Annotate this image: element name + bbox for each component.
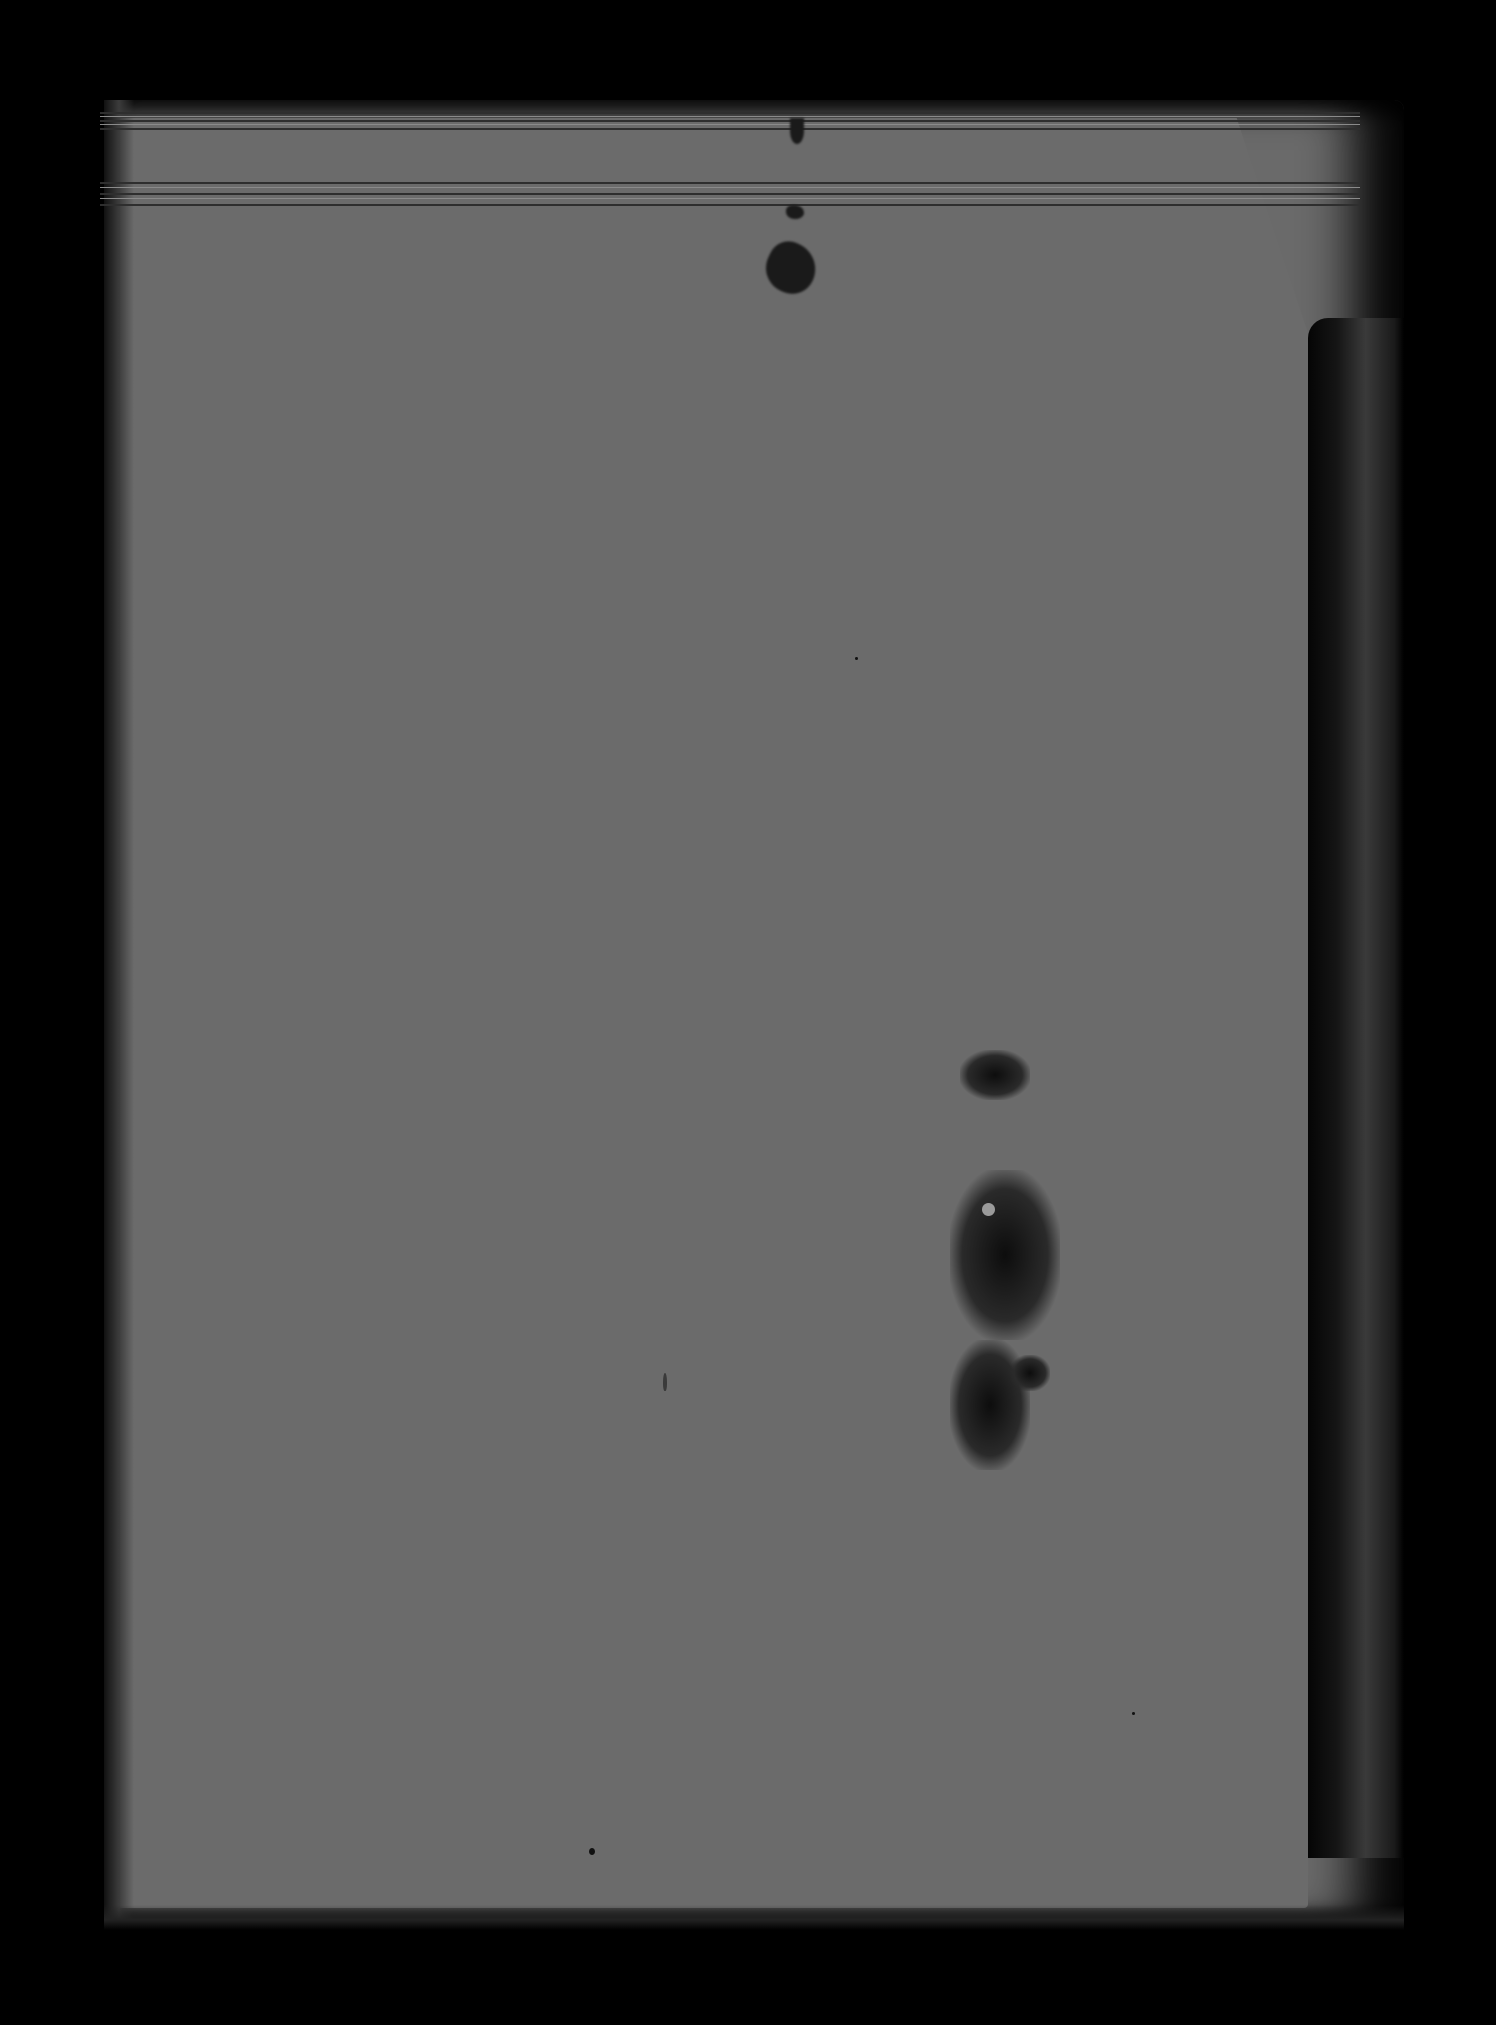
scan-line <box>100 120 1360 122</box>
ink-blot <box>790 118 804 144</box>
scan-line <box>100 187 1360 188</box>
scan-line <box>100 124 1360 125</box>
speck <box>1132 1712 1135 1715</box>
stain <box>950 1170 1060 1340</box>
scan-line <box>100 128 1360 130</box>
ink-blot <box>786 205 804 219</box>
stain <box>960 1050 1030 1100</box>
scan-line <box>100 112 1360 114</box>
scan-line <box>100 204 1360 206</box>
scan-line <box>100 198 1360 199</box>
stain <box>1010 1355 1050 1391</box>
scan-line <box>100 182 1360 184</box>
paper-right-edge-shadow <box>1308 318 1404 1858</box>
speck <box>663 1373 667 1391</box>
speck <box>589 1848 595 1855</box>
scan-line <box>100 116 1360 117</box>
stain-highlight <box>982 1203 995 1216</box>
paper-bottom-edge-shadow <box>104 1905 1404 1930</box>
scan-background <box>0 0 1496 2025</box>
paper-sheet <box>120 118 1308 1908</box>
scan-line <box>100 193 1360 195</box>
paper-left-edge-shadow <box>104 100 134 1925</box>
speck <box>855 657 858 660</box>
